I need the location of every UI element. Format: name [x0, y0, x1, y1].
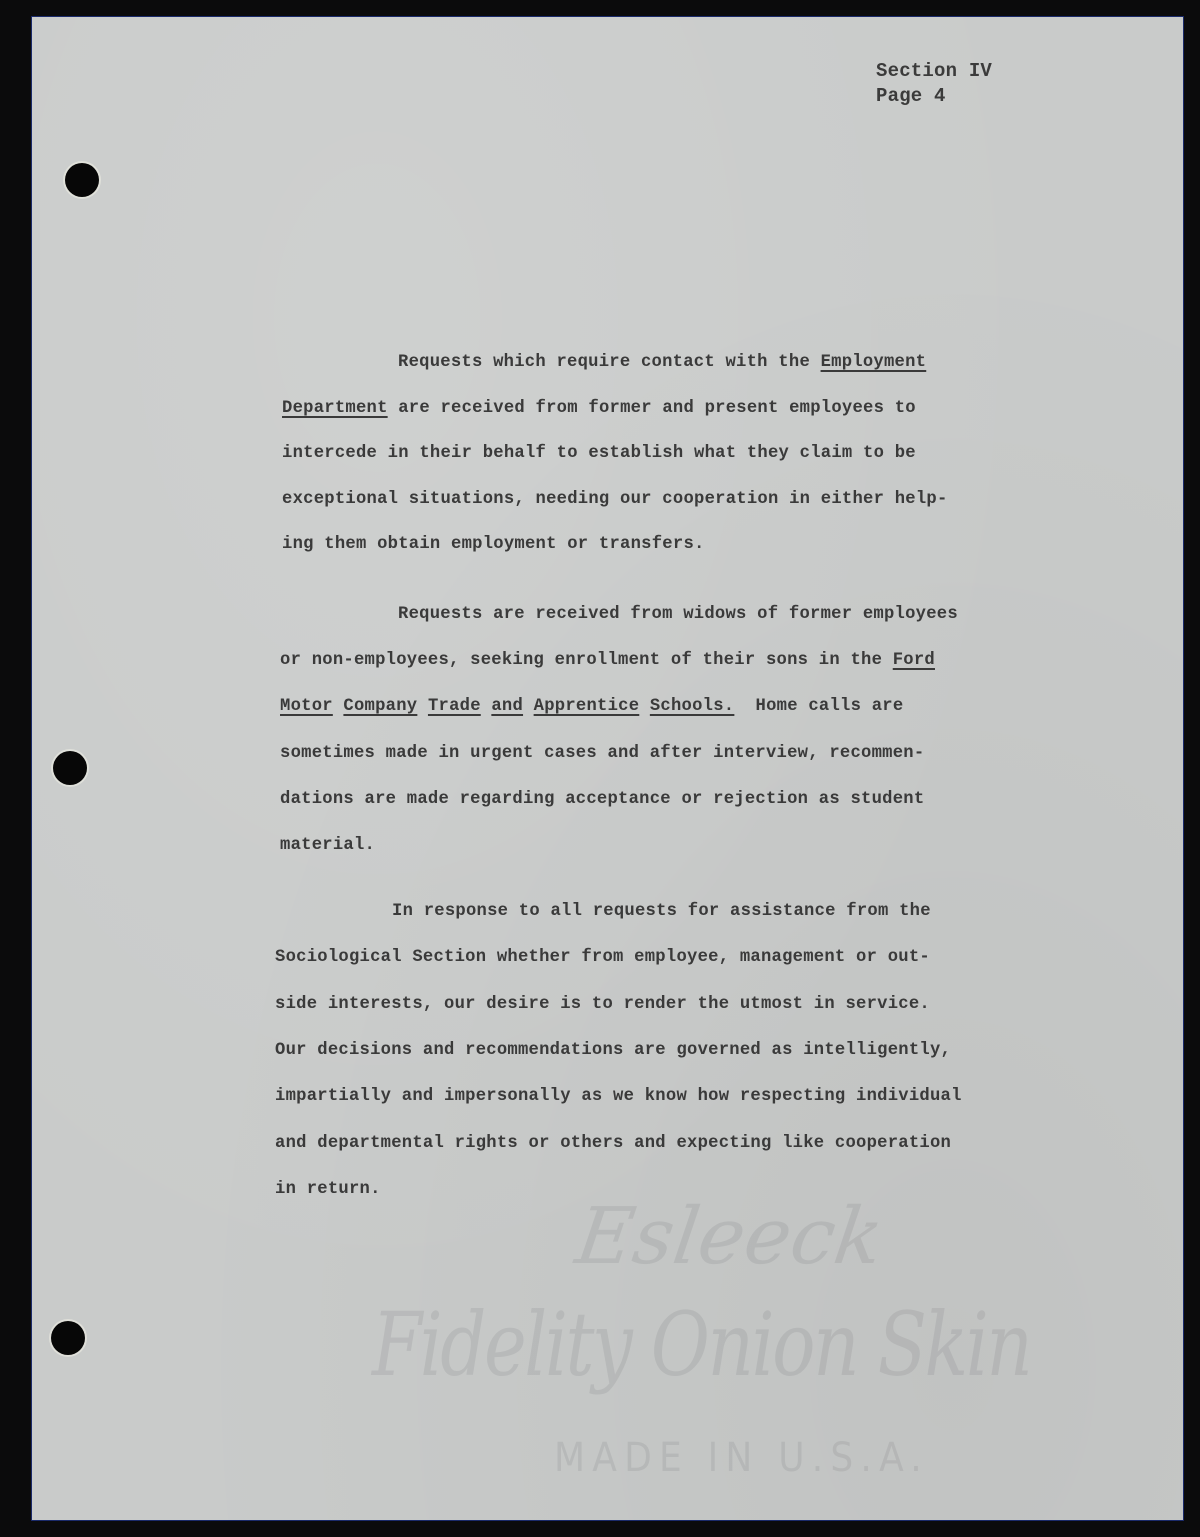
- text-segment: Home calls are: [734, 697, 903, 716]
- text-segment: [523, 697, 534, 716]
- text-line: sometimes made in urgent cases and after…: [280, 744, 924, 764]
- text-segment: material.: [280, 836, 375, 855]
- text-segment: [417, 697, 428, 716]
- punch-hole-top: [65, 163, 99, 197]
- text-segment: Requests are received from widows of for…: [398, 605, 958, 624]
- text-segment: In response to all requests for assistan…: [392, 902, 931, 921]
- text-segment: Requests which require contact with the: [398, 353, 821, 372]
- text-line: impartially and impersonally as we know …: [275, 1087, 962, 1107]
- page-number: Page 4: [876, 84, 992, 109]
- text-line: dations are made regarding acceptance or…: [280, 790, 924, 810]
- text-segment: sometimes made in urgent cases and after…: [280, 744, 924, 763]
- punch-hole-middle: [53, 751, 87, 785]
- text-line: In response to all requests for assistan…: [392, 902, 931, 922]
- underlined-term: and: [491, 697, 523, 716]
- text-line: Sociological Section whether from employ…: [275, 948, 930, 968]
- text-segment: side interests, our desire is to render …: [275, 995, 930, 1014]
- watermark-origin: MADE IN U.S.A.: [554, 1435, 929, 1481]
- text-line: in return.: [275, 1180, 381, 1200]
- watermark-paper-name: Fidelity Onion Skin: [372, 1293, 1030, 1396]
- text-segment: and departmental rights or others and ex…: [275, 1134, 951, 1153]
- underlined-term: Employment: [821, 353, 927, 372]
- underlined-term: Apprentice: [534, 697, 640, 716]
- text-segment: ing them obtain employment or transfers.: [282, 535, 705, 554]
- text-line: or non-employees, seeking enrollment of …: [280, 651, 935, 671]
- page-header: Section IV Page 4: [876, 59, 992, 109]
- text-line: Requests which require contact with the …: [398, 353, 926, 373]
- underlined-term: Motor: [280, 697, 333, 716]
- text-line: side interests, our desire is to render …: [275, 995, 930, 1015]
- text-segment: dations are made regarding acceptance or…: [280, 790, 924, 809]
- text-segment: [639, 697, 650, 716]
- underlined-term: Department: [282, 399, 388, 418]
- text-segment: intercede in their behalf to establish w…: [282, 444, 916, 463]
- text-segment: exceptional situations, needing our coop…: [282, 490, 948, 509]
- text-segment: [333, 697, 344, 716]
- text-line: intercede in their behalf to establish w…: [282, 444, 916, 464]
- text-line: Our decisions and recommendations are go…: [275, 1041, 951, 1061]
- text-segment: Our decisions and recommendations are go…: [275, 1041, 951, 1060]
- underlined-term: Schools.: [650, 697, 735, 716]
- text-line: Department are received from former and …: [282, 399, 916, 419]
- text-segment: or non-employees, seeking enrollment of …: [280, 651, 893, 670]
- underlined-term: Ford: [893, 651, 935, 670]
- watermark-brand: Esleeck: [571, 1192, 889, 1282]
- underlined-term: Company: [343, 697, 417, 716]
- text-line: exceptional situations, needing our coop…: [282, 490, 948, 510]
- text-line: ing them obtain employment or transfers.: [282, 535, 705, 555]
- text-segment: impartially and impersonally as we know …: [275, 1087, 962, 1106]
- section-label: Section IV: [876, 59, 992, 84]
- underlined-term: Trade: [428, 697, 481, 716]
- punch-hole-bottom: [51, 1321, 85, 1355]
- text-line: and departmental rights or others and ex…: [275, 1134, 951, 1154]
- document-page: Section IV Page 4 Requests which require…: [32, 17, 1183, 1520]
- text-segment: are received from former and present emp…: [388, 399, 916, 418]
- text-segment: in return.: [275, 1180, 381, 1199]
- text-segment: Sociological Section whether from employ…: [275, 948, 930, 967]
- text-line: Motor Company Trade and Apprentice Schoo…: [280, 697, 903, 717]
- text-line: Requests are received from widows of for…: [398, 605, 958, 625]
- text-segment: [481, 697, 492, 716]
- text-line: material.: [280, 836, 375, 856]
